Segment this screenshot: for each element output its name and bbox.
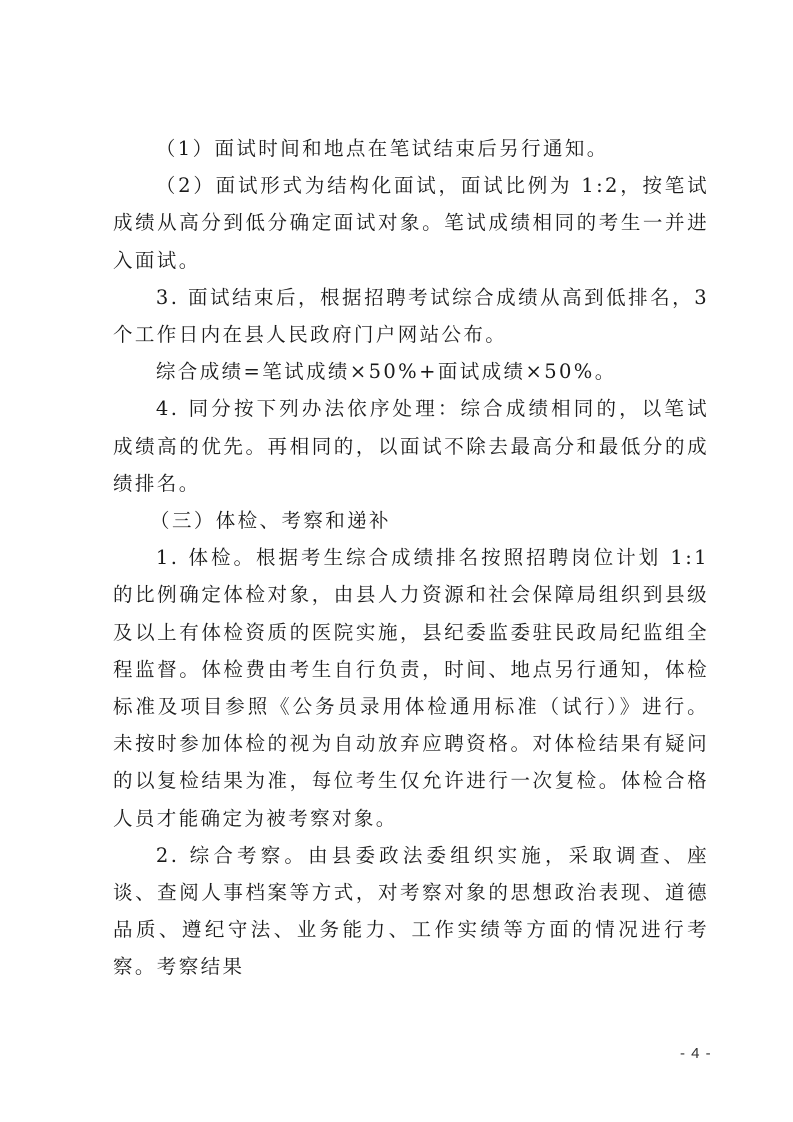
document-page: （1）面试时间和地点在笔试结束后另行通知。 （2）面试形式为结构化面试，面试比例… bbox=[0, 0, 793, 1122]
paragraph-interview-time: （1）面试时间和地点在笔试结束后另行通知。 bbox=[113, 130, 709, 167]
section-heading-physical-exam: （三）体检、考察和递补 bbox=[113, 502, 709, 539]
page-number: - 4 - bbox=[680, 1045, 712, 1062]
paragraph-physical-exam: 1. 体检。根据考生综合成绩排名按照招聘岗位计划 1:1 的比例确定体检对象，由… bbox=[113, 539, 709, 837]
paragraph-ranking: 3. 面试结束后，根据招聘考试综合成绩从高到低排名，3 个工作日内在县人民政府门… bbox=[113, 279, 709, 353]
paragraph-tie-break: 4. 同分按下列办法依序处理：综合成绩相同的，以笔试成绩高的优先。再相同的，以面… bbox=[113, 390, 709, 502]
document-body: （1）面试时间和地点在笔试结束后另行通知。 （2）面试形式为结构化面试，面试比例… bbox=[113, 130, 709, 986]
paragraph-comprehensive-inspection: 2. 综合考察。由县委政法委组织实施，采取调查、座谈、查阅人事档案等方式，对考察… bbox=[113, 837, 709, 986]
paragraph-score-formula: 综合成绩=笔试成绩×50%+面试成绩×50%。 bbox=[113, 353, 709, 390]
paragraph-interview-format: （2）面试形式为结构化面试，面试比例为 1:2，按笔试成绩从高分到低分确定面试对… bbox=[113, 167, 709, 279]
